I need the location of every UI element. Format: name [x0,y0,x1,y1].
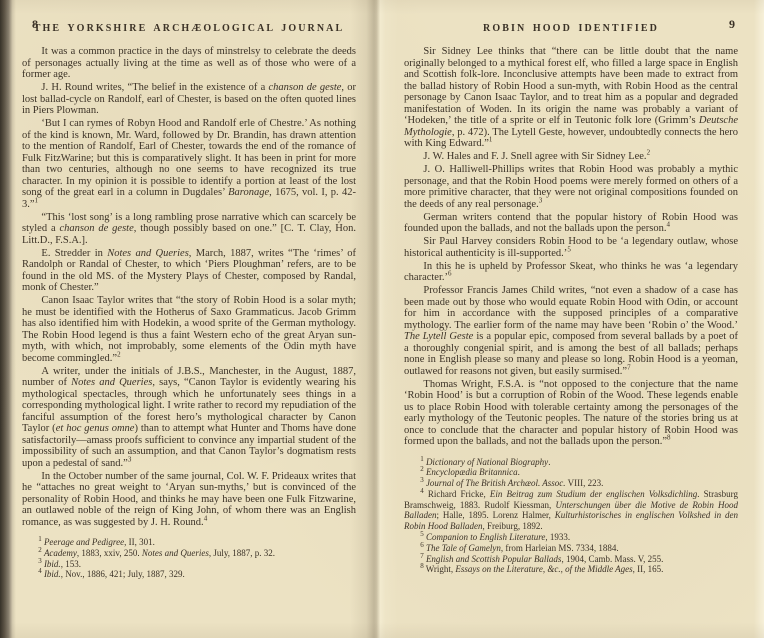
paragraph: In the October number of the same journa… [22,471,356,529]
footnote-item: 4 Richard Fricke, Ein Beitrag zum Studiu… [404,489,738,532]
footnote-ref: 8 [667,434,671,442]
footnote-ref: 2 [420,465,424,473]
footnote-ref: 4 [420,487,424,495]
page-number-left: 8 [32,17,38,32]
page-number-right: 9 [729,17,735,32]
footnote-item: 8 Wright, Essays on the Literature, &c.,… [404,564,738,575]
page-right-footnotes: 1 Dictionary of National Biography.2 Enc… [404,457,738,576]
page-left: 8 THE YORKSHIRE ARCHÆOLOGICAL JOURNAL It… [20,0,358,638]
footnote-item: 7 English and Scottish Popular Ballads, … [404,554,738,565]
footnote-ref: 3 [128,455,132,463]
paragraph: E. Stredder in Notes and Queries, March,… [22,248,356,294]
footnote-item: 5 Companion to English Literature, 1933. [404,532,738,543]
book-right-edge [752,0,764,638]
footnote-ref: 5 [420,530,424,538]
footnote-ref: 1 [489,136,493,144]
footnote-ref: 2 [117,350,121,358]
footnote-ref: 5 [567,245,571,253]
running-head-left: 8 THE YORKSHIRE ARCHÆOLOGICAL JOURNAL [22,18,356,33]
paragraph: Professor Francis James Child writes, “n… [404,285,738,377]
footnote-ref: 3 [539,196,543,204]
running-title-right: ROBIN HOOD IDENTIFIED [483,23,659,34]
footnote-item: 6 The Tale of Gamelyn, from Harleian MS.… [404,543,738,554]
paragraph: In this he is upheld by Professor Skeat,… [404,261,738,284]
footnote-ref: 8 [420,562,424,570]
footnote-item: 1 Peerage and Pedigree, II, 301. [22,537,356,548]
footnote-ref: 7 [420,552,424,560]
paragraph: ‘But I can rymes of Robyn Hood and Rando… [22,118,356,210]
footnote-ref: 4 [204,514,208,522]
footnote-ref: 1 [35,196,39,204]
footnote-ref: 6 [420,541,424,549]
footnote-ref: 4 [38,567,42,575]
paragraph: German writers contend that the popular … [404,212,738,235]
footnote-item: 3 Journal of The British Archæol. Assoc.… [404,478,738,489]
paragraph: J. O. Halliwell-Phillips writes that Rob… [404,164,738,210]
book-left-edge [0,0,16,638]
paragraph: Canon Isaac Taylor writes that “the stor… [22,295,356,364]
running-title-left: THE YORKSHIRE ARCHÆOLOGICAL JOURNAL [34,23,345,34]
paragraph: Sir Sidney Lee thinks that “there can be… [404,46,738,150]
page-left-body: It was a common practice in the days of … [22,46,356,528]
paragraph: “This ‘lost song’ is a long rambling pro… [22,212,356,247]
footnote-ref: 7 [627,363,631,371]
footnote-item: 2 Academy, 1883, xxiv, 250. Notes and Qu… [22,548,356,559]
running-head-right: ROBIN HOOD IDENTIFIED 9 [404,18,738,33]
footnote-ref: 6 [448,270,452,278]
footnote-ref: 2 [38,546,42,554]
paragraph: Sir Paul Harvey considers Robin Hood to … [404,236,738,259]
footnote-ref: 3 [420,476,424,484]
paragraph: J. W. Hales and F. J. Snell agree with S… [404,151,738,163]
page-left-footnotes: 1 Peerage and Pedigree, II, 301.2 Academ… [22,537,356,580]
paragraph: A writer, under the initials of J.B.S., … [22,366,356,470]
footnote-ref: 3 [38,557,42,565]
footnote-item: 3 Ibid., 153. [22,559,356,570]
footnote-item: 1 Dictionary of National Biography. [404,457,738,468]
footnote-ref: 2 [647,149,651,157]
paragraph: J. H. Round writes, “The belief in the e… [22,82,356,117]
page-right-body: Sir Sidney Lee thinks that “there can be… [404,46,738,448]
paragraph: It was a common practice in the days of … [22,46,356,81]
footnote-item: 2 Encyclopædia Britannica. [404,467,738,478]
paragraph: Thomas Wright, F.S.A. is “not opposed to… [404,379,738,448]
footnote-ref: 4 [666,221,670,229]
footnote-item: 4 Ibid., Nov., 1886, 421; July, 1887, 32… [22,569,356,580]
footnote-ref: 1 [420,455,424,463]
footnote-ref: 1 [38,535,42,543]
page-right: ROBIN HOOD IDENTIFIED 9 Sir Sidney Lee t… [402,0,740,638]
